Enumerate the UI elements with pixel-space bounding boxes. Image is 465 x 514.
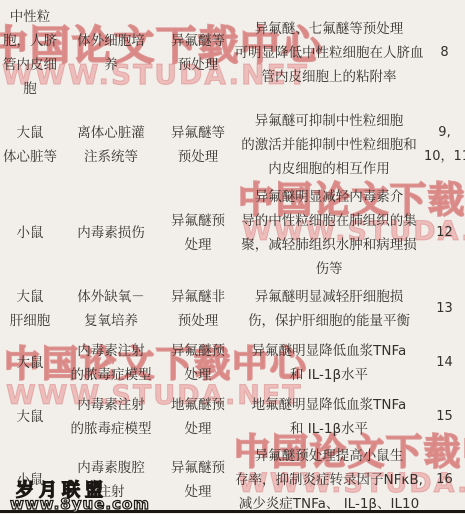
result-cell: 地氟醚明显降低血浆TNFa 和 IL-1β水平	[234, 393, 424, 441]
result-cell: 异氟醚可抑制中性粒细胞 的激活并能抑制中性粒细胞和 内皮细胞的相互作用	[234, 109, 424, 181]
subject-cell: 大鼠	[0, 351, 60, 375]
treatment-cell: 异氟醚等 预处理	[162, 121, 234, 169]
reference-cell: 13	[424, 297, 465, 321]
treatment-cell: 异氟醚预 处理	[162, 456, 234, 504]
treatment-cell: 异氟醚预 处理	[162, 339, 234, 387]
reference-cell: 9, 10，11	[424, 121, 465, 169]
result-cell: 异氟醚、七氟醚等预处理 可明显降低中性粒细胞在人脐血 管内皮细胞上的粘附率	[234, 17, 424, 89]
treatment-cell: 异氟醚预 处理	[162, 209, 234, 257]
subject-cell: 大鼠 肝细胞	[0, 285, 60, 333]
subject-cell: 小鼠	[0, 221, 60, 245]
treatment-cell: 地氟醚预 处理	[162, 393, 234, 441]
result-cell: 异氟醚明显降低血浆TNFa 和 IL-1β水平	[234, 339, 424, 387]
model-cell: 内毒素注射 的脓毒症模型	[60, 339, 162, 387]
treatment-cell: 异氟醚等 预处理	[162, 29, 234, 77]
reference-cell: 15	[424, 405, 465, 429]
table-row: 大鼠 内毒素注射 的脓毒症模型 地氟醚预 处理 地氟醚明显降低血浆TNFa 和 …	[0, 390, 465, 444]
document-page: 中国论文下载中心 WWW.STUDA.NET 中国论文下载中心 WWW.STUD…	[0, 0, 465, 514]
table-row: 大鼠 肝细胞 体外缺氧－ 复氧培养 异氟醚非 预处理 异氟醚明显减轻肝细胞损 伤…	[0, 282, 465, 336]
result-cell: 异氟醚明显减轻内毒素介 导的中性粒细胞在肺组织的集 聚，减轻肺组织水肿和病理损 …	[234, 185, 424, 281]
model-cell: 体外缺氧－ 复氧培养	[60, 285, 162, 333]
subject-cell: 大鼠 体心脏等	[0, 121, 60, 169]
reference-cell: 16	[424, 468, 465, 492]
model-cell: 体外细胞培 养	[60, 29, 162, 77]
logo-site-url: www.8yue.com	[10, 495, 150, 513]
results-table: 中性粒 胞，人脐 管内皮细 胞 体外细胞培 养 异氟醚等 预处理 异氟醚、七氟醚…	[0, 0, 465, 511]
result-cell: 异氟醚明显减轻肝细胞损 伤，保护肝细胞的能量平衡	[234, 285, 424, 333]
reference-cell: 14	[424, 351, 465, 375]
table-row: 大鼠 内毒素注射 的脓毒症模型 异氟醚预 处理 异氟醚明显降低血浆TNFa 和 …	[0, 336, 465, 390]
result-cell: 异氟醚预处理提高小鼠生 存率，抑制炎症转录因子NFκB, 减少炎症TNFa、 I…	[234, 444, 424, 514]
treatment-cell: 异氟醚非 预处理	[162, 285, 234, 333]
reference-cell: 12	[424, 221, 465, 245]
reference-cell: 8	[424, 41, 465, 65]
model-cell: 离体心脏灌 注系统等	[60, 121, 162, 169]
model-cell: 内毒素注射 的脓毒症模型	[60, 393, 162, 441]
table-row: 小鼠 内毒素损伤 异氟醚预 处理 异氟醚明显减轻内毒素介 导的中性粒细胞在肺组织…	[0, 184, 465, 282]
table-row: 大鼠 体心脏等 离体心脏灌 注系统等 异氟醚等 预处理 异氟醚可抑制中性粒细胞 …	[0, 106, 465, 184]
subject-cell: 大鼠	[0, 405, 60, 429]
table-row: 中性粒 胞，人脐 管内皮细 胞 体外细胞培 养 异氟醚等 预处理 异氟醚、七氟醚…	[0, 0, 465, 106]
model-cell: 内毒素损伤	[60, 221, 162, 245]
subject-cell: 中性粒 胞，人脐 管内皮细 胞	[0, 5, 60, 101]
